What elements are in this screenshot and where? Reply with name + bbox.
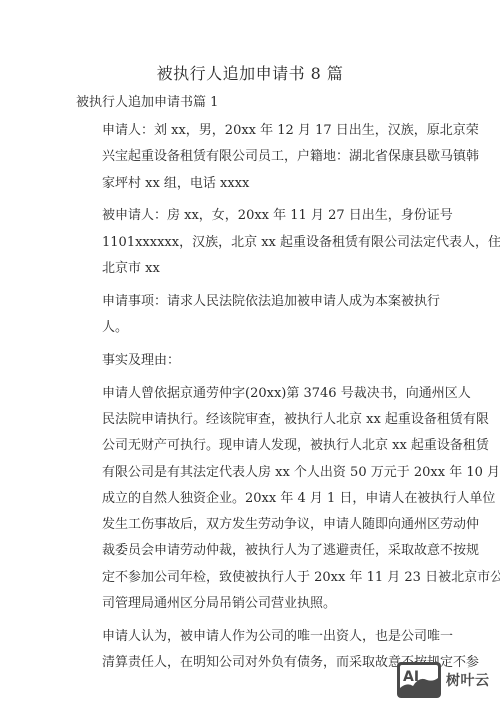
text-line: 申请人认为，被申请人作为公司的唯一出资人，也是公司唯一 — [76, 624, 424, 650]
text-line: 申请人曾依据京通劳仲字(20xx)第 3746 号裁决书，向通州区人 — [76, 381, 424, 407]
text-line: 家坪村 xx 组，电话 xxxx — [76, 171, 424, 197]
text-line: 1101xxxxxx，汉族，北京 xx 起重设备租赁有限公司法定代表人，住 — [76, 230, 424, 256]
paragraph-applicant: 申请人：刘 xx，男，20xx 年 12 月 17 日出生，汉族，原北京荣 兴宝… — [76, 118, 424, 197]
text-line: 公司无财产可执行。现申请人发现，被执行人北京 xx 起重设备租赁 — [76, 433, 424, 459]
text-line: 清算责任人，在明知公司对外负有债务，而采取故意不按规定不参 — [76, 650, 424, 676]
text-line: 裁委员会申请劳动仲裁，被执行人为了逃避责任，采取故意不按规 — [76, 538, 424, 564]
document-title: 被执行人追加申请书 8 篇 — [0, 63, 500, 85]
text-line: 申请事项：请求人民法院依法追加被申请人成为本案被执行 — [76, 289, 424, 315]
svg-text:AI: AI — [403, 669, 419, 685]
text-line: 事实及理由： — [76, 348, 424, 374]
paragraph-respondent: 被申请人：房 xx，女，20xx 年 11 月 27 日出生，身份证号 1101… — [76, 203, 424, 282]
text-line: 司管理局通州区分局吊销公司营业执照。 — [76, 591, 424, 617]
paragraph-request: 申请事项：请求人民法院依法追加被申请人成为本案被执行 人。 — [76, 289, 424, 342]
text-line: 发生工伤事故后，双方发生劳动争议，申请人随即向通州区劳动仲 — [76, 512, 424, 538]
document-body: 申请人：刘 xx，男，20xx 年 12 月 17 日出生，汉族，原北京荣 兴宝… — [76, 118, 424, 676]
watermark: AI 树叶云 — [397, 660, 497, 700]
text-line: 有限公司是有其法定代表人房 xx 个人出资 50 万元于 20xx 年 10 月 — [76, 460, 424, 486]
text-line: 北京市 xx — [76, 256, 424, 282]
text-line: 成立的自然人独资企业。20xx 年 4 月 1 日，申请人在被执行人单位 — [76, 486, 424, 512]
text-line: 民法院申请执行。经该院审查，被执行人北京 xx 起重设备租赁有限 — [76, 407, 424, 433]
section-heading: 被执行人追加申请书篇 1 — [76, 94, 218, 112]
text-line: 被申请人：房 xx，女，20xx 年 11 月 27 日出生，身份证号 — [76, 203, 424, 229]
text-line: 人。 — [76, 315, 424, 341]
paragraph-facts: 申请人曾依据京通劳仲字(20xx)第 3746 号裁决书，向通州区人 民法院申请… — [76, 381, 424, 618]
ai-image-logo-icon: AI — [397, 662, 441, 698]
text-line: 定不参加公司年检，致使被执行人于 20xx 年 11 月 23 日被北京市公 — [76, 565, 424, 591]
text-line: 申请人：刘 xx，男，20xx 年 12 月 17 日出生，汉族，原北京荣 — [76, 118, 424, 144]
paragraph-facts-heading: 事实及理由： — [76, 348, 424, 374]
watermark-brand: 树叶云 — [446, 670, 490, 690]
paragraph-argument: 申请人认为，被申请人作为公司的唯一出资人，也是公司唯一 清算责任人，在明知公司对… — [76, 624, 424, 677]
document-page: 被执行人追加申请书 8 篇 被执行人追加申请书篇 1 申请人：刘 xx，男，20… — [0, 0, 500, 707]
text-line: 兴宝起重设备租赁有限公司员工，户籍地：湖北省保康县歇马镇韩 — [76, 144, 424, 170]
